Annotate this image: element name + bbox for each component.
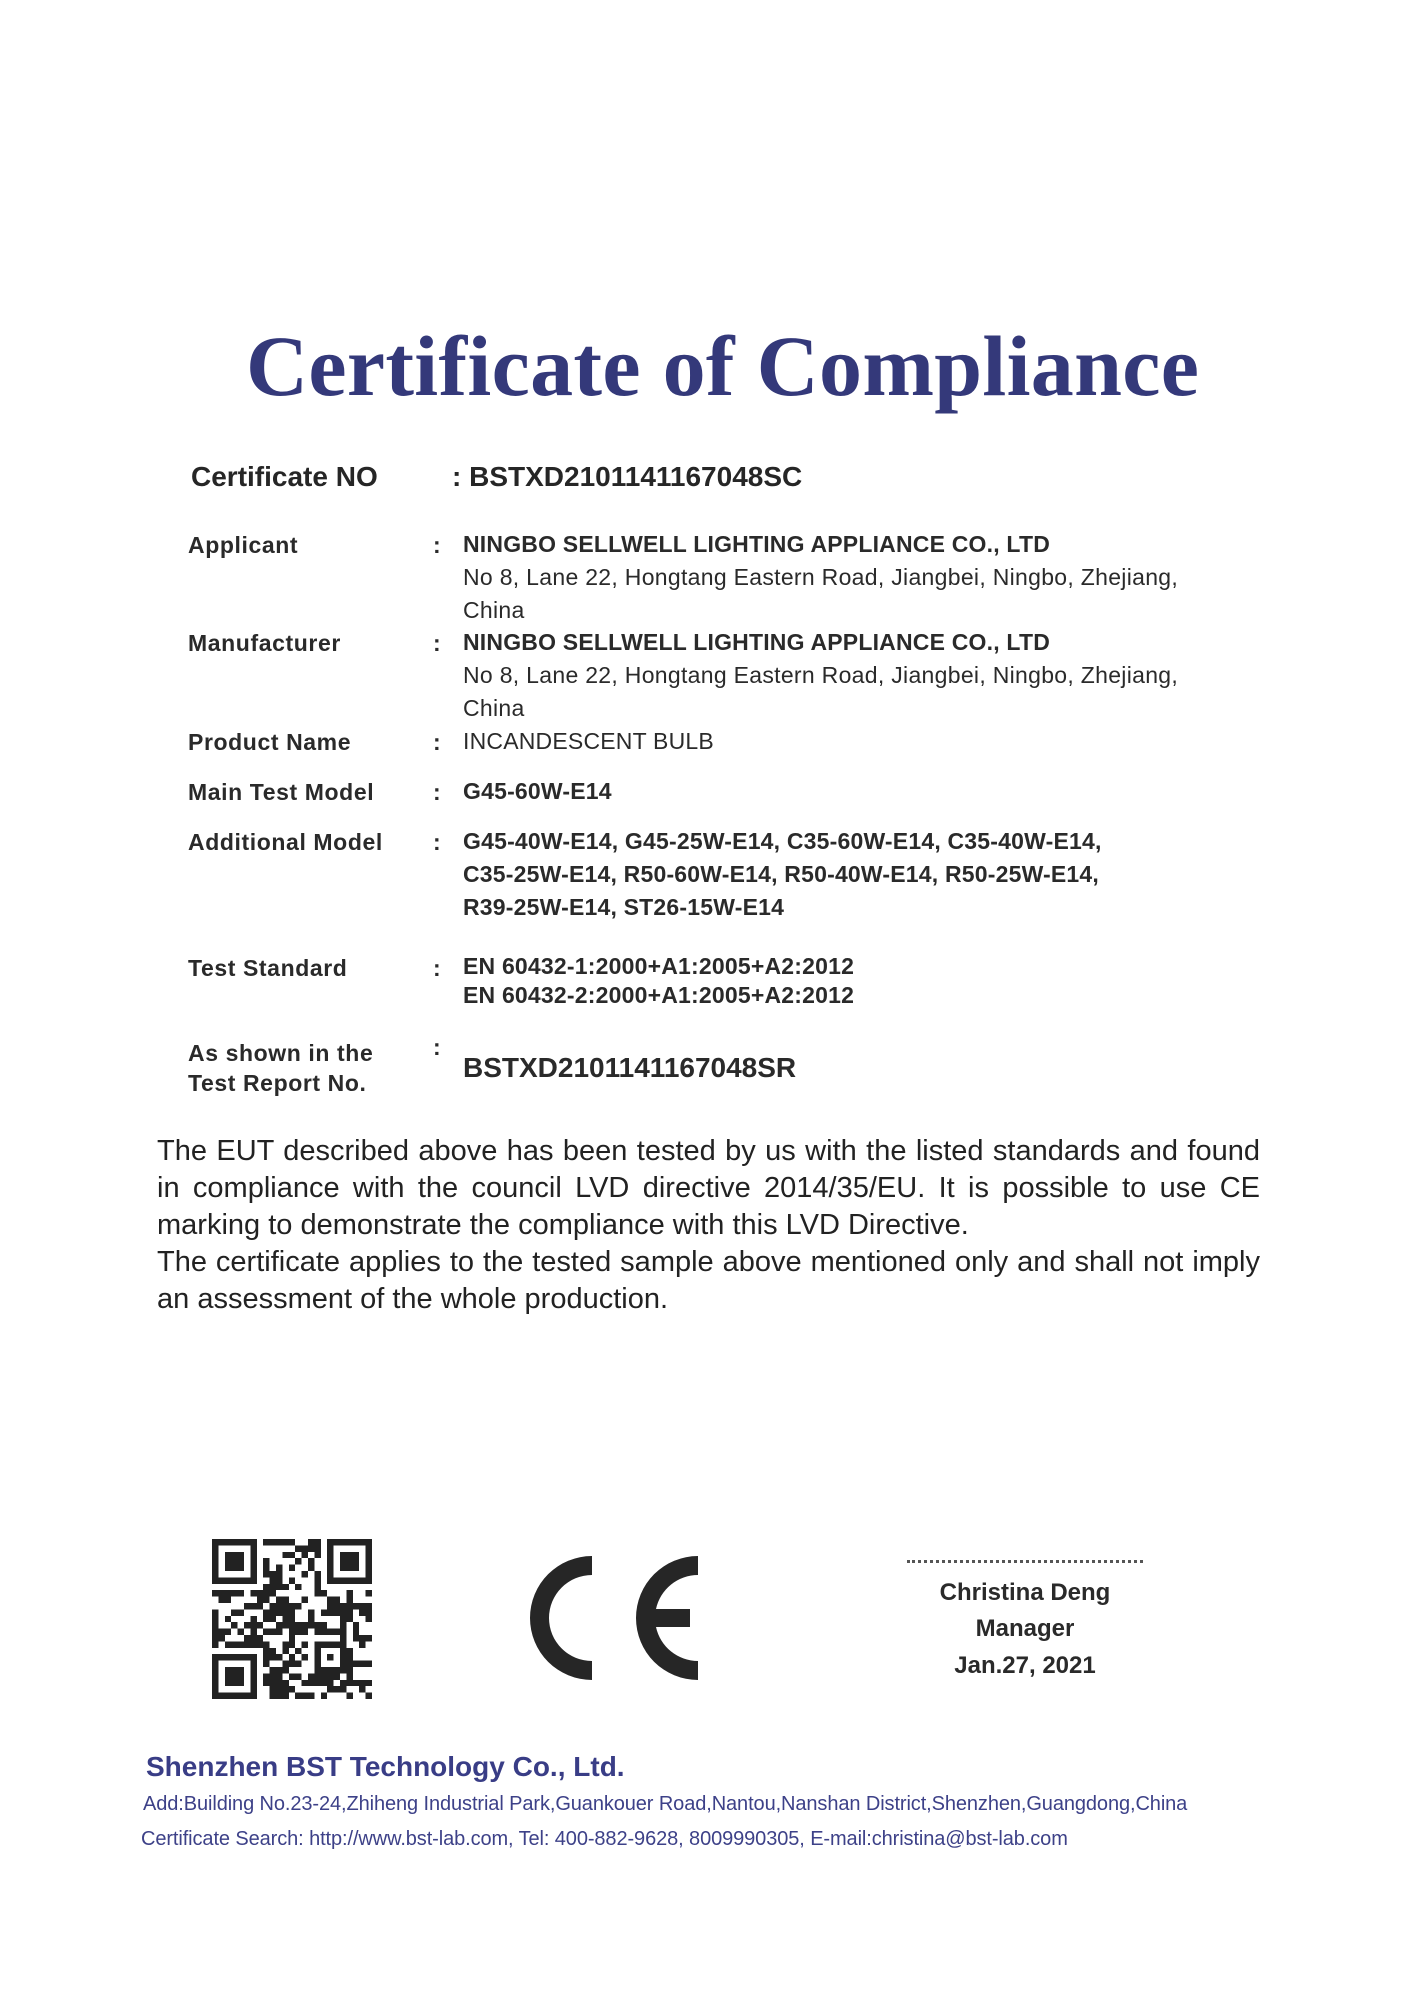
additional-model-colon: : xyxy=(433,827,441,857)
statement-paragraph-1: The EUT described above has been tested … xyxy=(157,1133,1260,1244)
product-name-label: Product Name xyxy=(188,727,351,757)
certificate-search-info: Certificate Search: http://www.bst-lab.c… xyxy=(141,1826,1068,1852)
manufacturer-company: NINGBO SELLWELL LIGHTING APPLIANCE CO., … xyxy=(463,626,1178,659)
test-report-value: BSTXD2101141167048SR xyxy=(463,1051,796,1085)
test-standard-line: EN 60432-1:2000+A1:2005+A2:2012 xyxy=(463,952,854,981)
manufacturer-colon: : xyxy=(433,628,441,658)
main-test-model-colon: : xyxy=(433,777,441,807)
additional-model-value: G45-40W-E14, G45-25W-E14, C35-60W-E14, C… xyxy=(463,825,1102,924)
applicant-label: Applicant xyxy=(188,530,298,560)
manufacturer-value: NINGBO SELLWELL LIGHTING APPLIANCE CO., … xyxy=(463,626,1178,725)
manufacturer-address-line1: No 8, Lane 22, Hongtang Eastern Road, Ji… xyxy=(463,659,1178,692)
applicant-address-line1: No 8, Lane 22, Hongtang Eastern Road, Ji… xyxy=(463,561,1178,594)
signatory-title: Manager xyxy=(900,1614,1150,1644)
test-report-label-line1: As shown in the xyxy=(188,1038,373,1068)
additional-model-line: R39-25W-E14, ST26-15W-E14 xyxy=(463,891,1102,924)
issuer-address: Add:Building No.23-24,Zhiheng Industrial… xyxy=(143,1791,1187,1817)
certificate-number-label: Certificate NO xyxy=(191,460,378,494)
main-test-model-label: Main Test Model xyxy=(188,777,374,807)
issuer-company-name: Shenzhen BST Technology Co., Ltd. xyxy=(146,1750,625,1784)
certificate-number-value: : BSTXD2101141167048SC xyxy=(452,460,802,494)
test-report-colon: : xyxy=(433,1032,441,1062)
compliance-statement: The EUT described above has been tested … xyxy=(157,1133,1260,1318)
applicant-address-line2: China xyxy=(463,594,1178,627)
test-standard-value: EN 60432-1:2000+A1:2005+A2:2012 EN 60432… xyxy=(463,952,854,1010)
product-name-colon: : xyxy=(433,727,441,757)
manufacturer-label: Manufacturer xyxy=(188,628,341,658)
ce-mark-icon xyxy=(520,1554,702,1682)
test-standard-label: Test Standard xyxy=(188,953,347,983)
product-name-text: INCANDESCENT BULB xyxy=(463,725,714,758)
statement-paragraph-2: The certificate applies to the tested sa… xyxy=(157,1244,1260,1318)
main-test-model-value: G45-60W-E14 xyxy=(463,775,612,808)
additional-model-line: C35-25W-E14, R50-60W-E14, R50-40W-E14, R… xyxy=(463,858,1102,891)
test-standard-colon: : xyxy=(433,953,441,983)
test-report-label: As shown in the Test Report No. xyxy=(188,1038,373,1098)
manufacturer-address-line2: China xyxy=(463,692,1178,725)
test-standard-line: EN 60432-2:2000+A1:2005+A2:2012 xyxy=(463,981,854,1010)
main-test-model-text: G45-60W-E14 xyxy=(463,775,612,808)
signature-line xyxy=(907,1560,1143,1563)
product-name-value: INCANDESCENT BULB xyxy=(463,725,714,758)
certificate-title: Certificate of Compliance xyxy=(246,318,1186,414)
applicant-company: NINGBO SELLWELL LIGHTING APPLIANCE CO., … xyxy=(463,528,1178,561)
additional-model-label: Additional Model xyxy=(188,827,383,857)
signature-date: Jan.27, 2021 xyxy=(900,1651,1150,1681)
signatory-name: Christina Deng xyxy=(900,1578,1150,1608)
test-report-label-line2: Test Report No. xyxy=(188,1068,373,1098)
applicant-colon: : xyxy=(433,530,441,560)
additional-model-line: G45-40W-E14, G45-25W-E14, C35-60W-E14, C… xyxy=(463,825,1102,858)
qr-code-icon xyxy=(212,1539,372,1699)
applicant-value: NINGBO SELLWELL LIGHTING APPLIANCE CO., … xyxy=(463,528,1178,627)
